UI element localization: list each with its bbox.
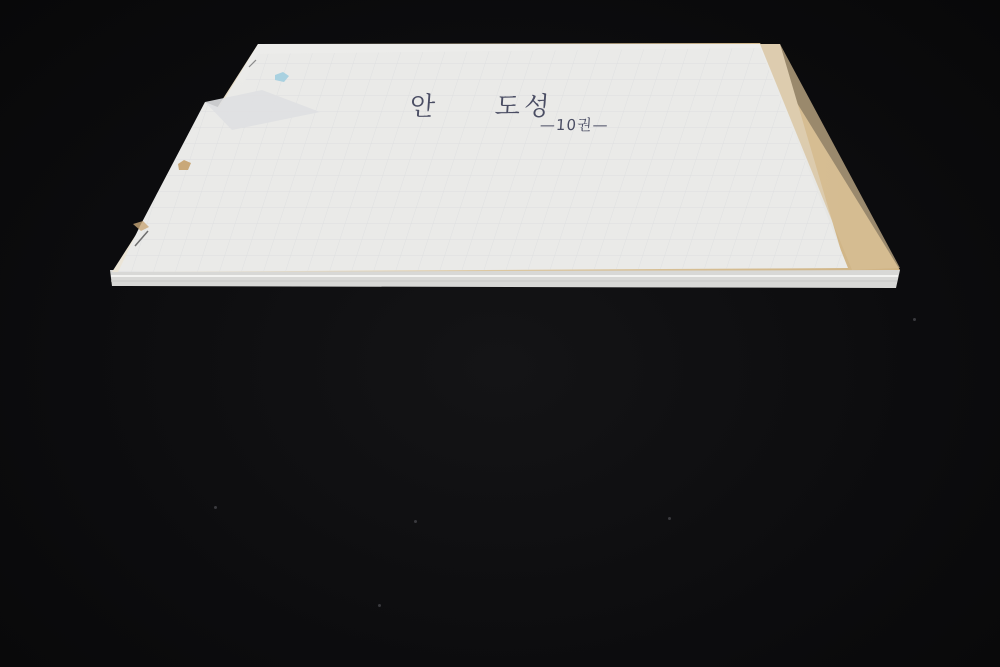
photo-scene: 안도성 —10권— <box>0 0 1000 667</box>
manuscript-title: 안도성 <box>409 86 555 123</box>
volume-label: —10권— <box>539 114 609 135</box>
title-surname: 안 <box>409 92 440 122</box>
